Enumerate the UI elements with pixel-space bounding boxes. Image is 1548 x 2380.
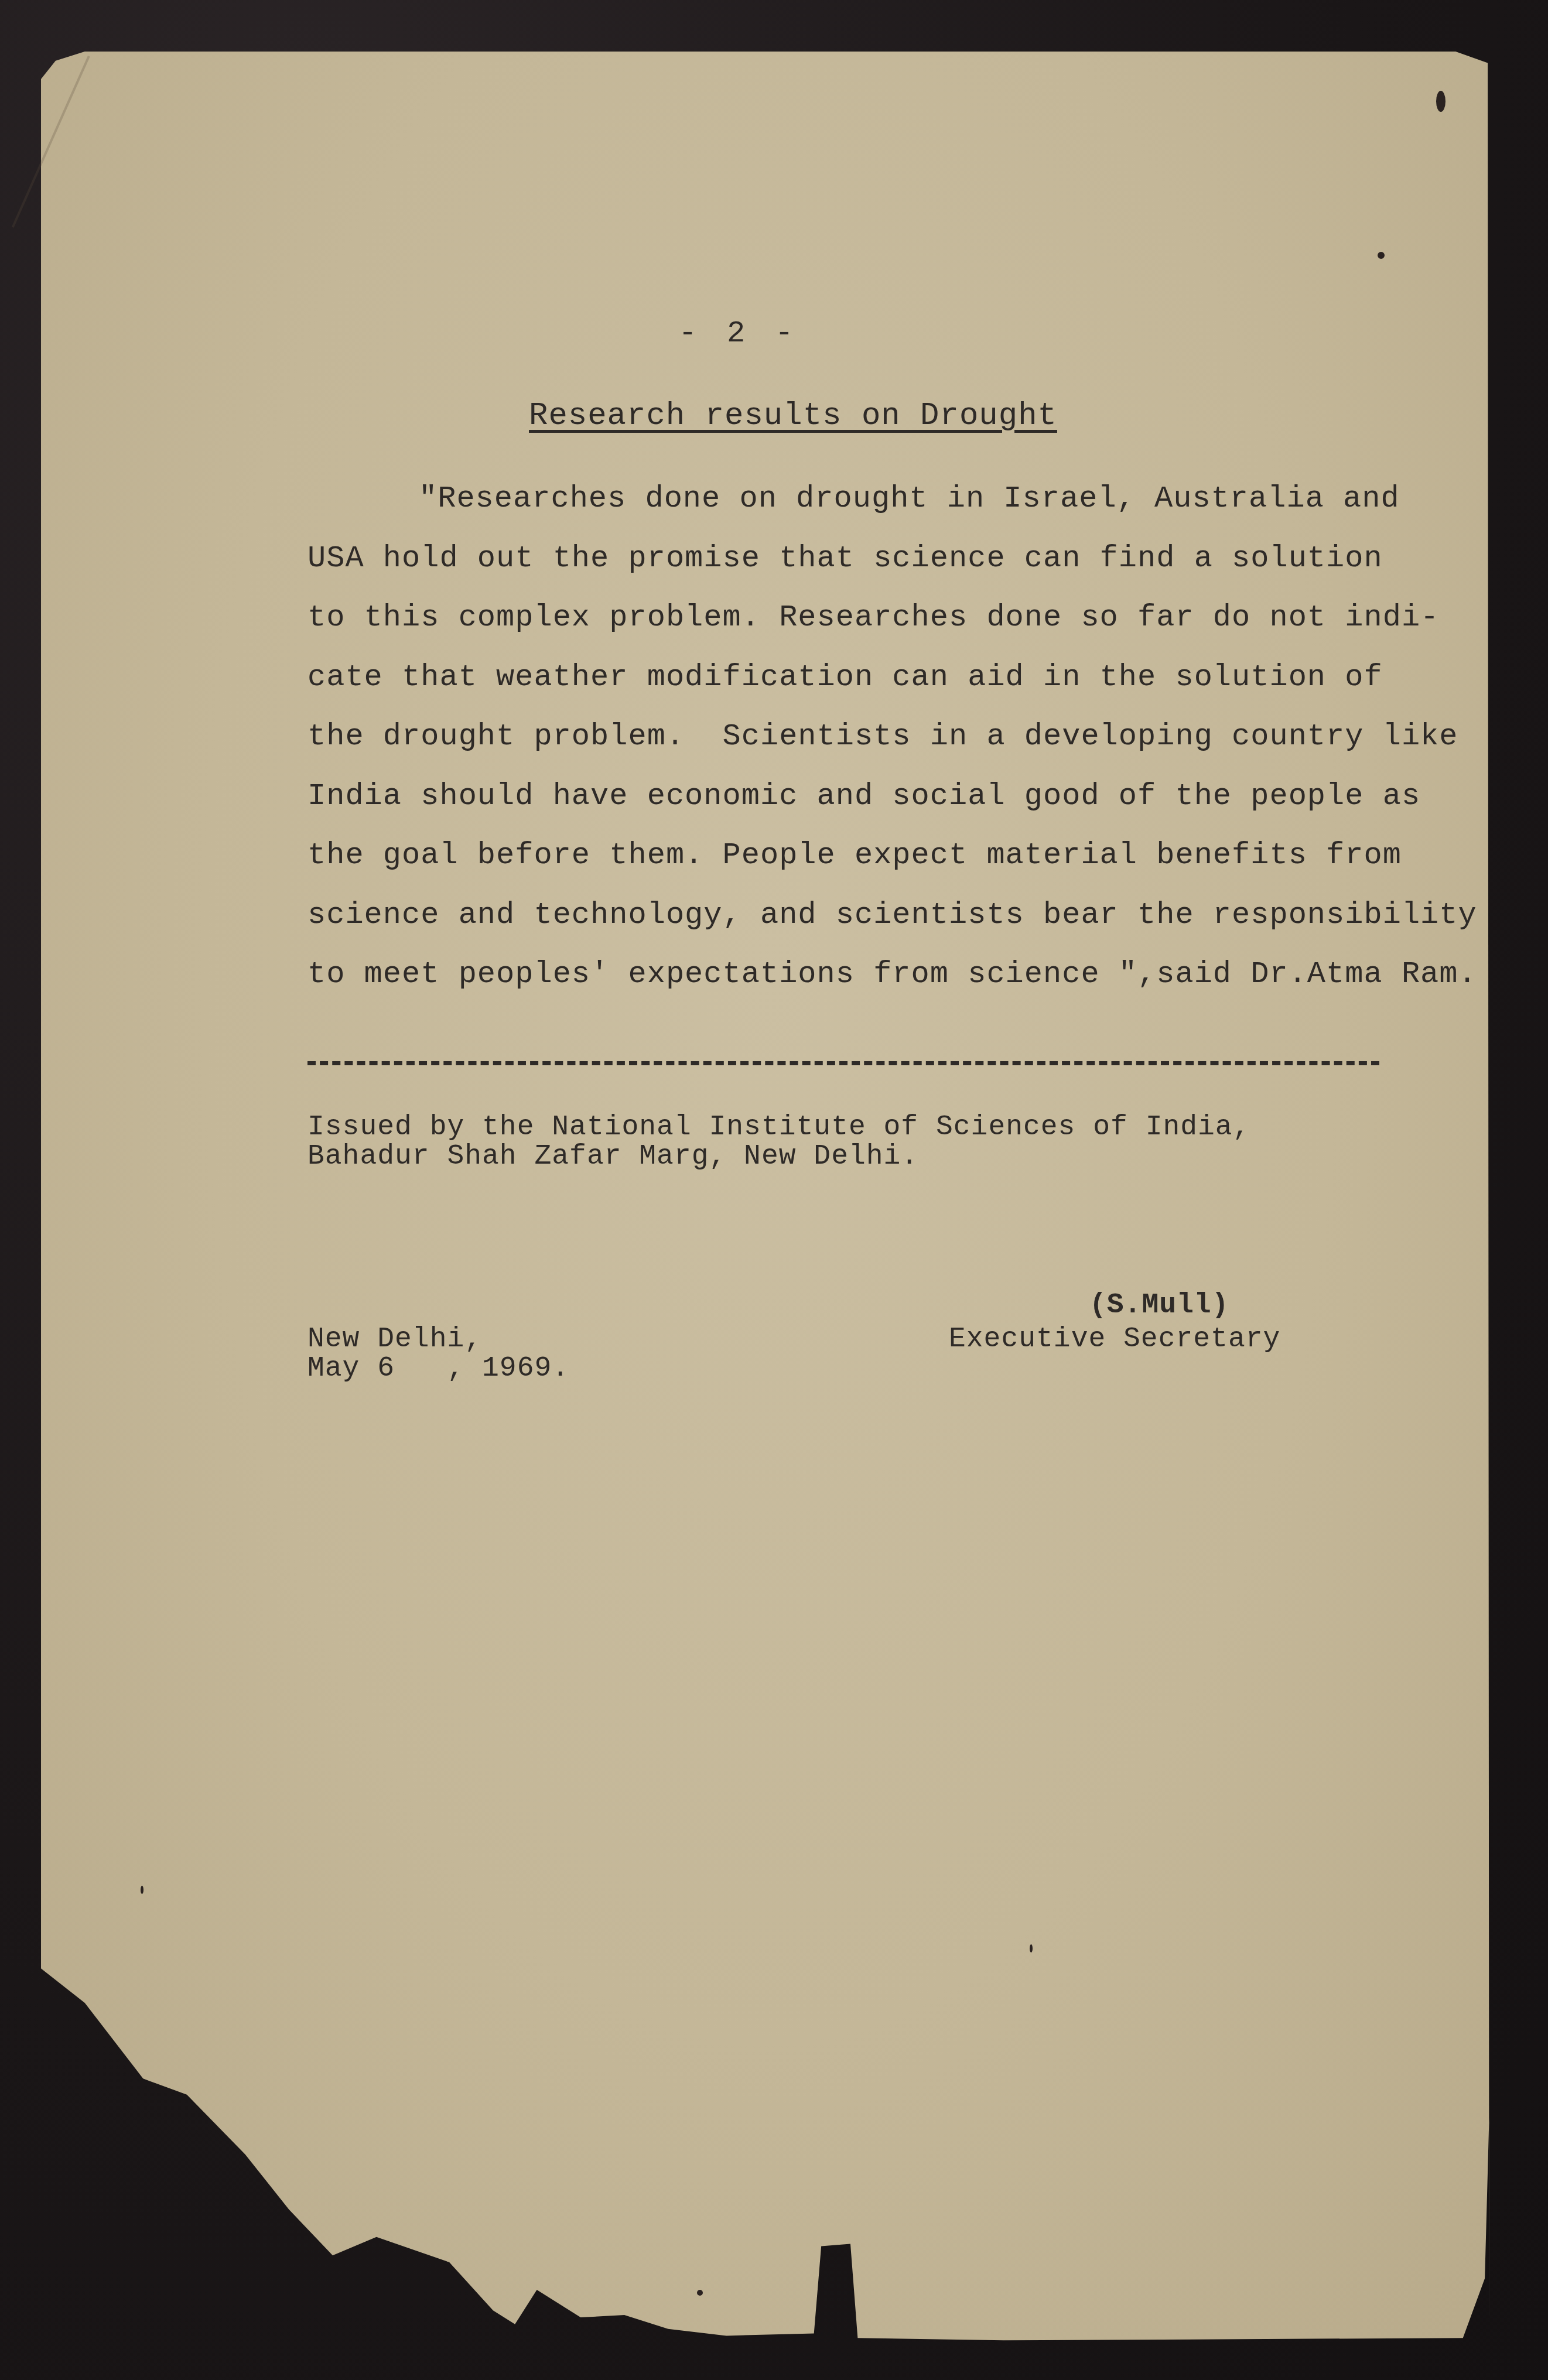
ink-spot bbox=[1436, 91, 1446, 112]
signatory-title: Executive Secretary bbox=[949, 1322, 1280, 1356]
body-line: USA hold out the promise that science ca… bbox=[307, 541, 1420, 601]
body-line: India should have economic and social go… bbox=[307, 779, 1420, 839]
body-line: "Researches done on drought in Israel, A… bbox=[307, 481, 1420, 541]
issued-by-line1: Issued by the National Institute of Scie… bbox=[307, 1113, 1250, 1142]
signatory-name: (S.Mull) bbox=[949, 1288, 1280, 1322]
ink-spot bbox=[1030, 1944, 1033, 1952]
body-line: science and technology, and scientists b… bbox=[307, 898, 1420, 958]
body-line: to meet peoples' expectations from scien… bbox=[307, 957, 1420, 1017]
date: May 6 , 1969. bbox=[307, 1354, 569, 1383]
body-line: the drought problem. Scientists in a dev… bbox=[307, 719, 1420, 779]
body-line: cate that weather modification can aid i… bbox=[307, 660, 1420, 720]
ink-spot bbox=[1378, 252, 1385, 259]
signature-block: (S.Mull) Executive Secretary bbox=[949, 1288, 1280, 1356]
document-title: Research results on Drought bbox=[529, 398, 1057, 434]
dashed-divider bbox=[307, 1061, 1379, 1065]
body-text: "Researches done on drought in Israel, A… bbox=[307, 481, 1420, 1017]
body-line: the goal before them. People expect mate… bbox=[307, 838, 1420, 898]
place-date-block: New Delhi, May 6 , 1969. bbox=[307, 1325, 569, 1383]
paper-sheet bbox=[41, 52, 1499, 2347]
place: New Delhi, bbox=[307, 1325, 569, 1354]
page-number: - 2 - bbox=[0, 316, 1513, 351]
issued-by-line2: Bahadur Shah Zafar Marg, New Delhi. bbox=[307, 1142, 1250, 1171]
body-line: to this complex problem. Researches done… bbox=[307, 600, 1420, 660]
ink-spot bbox=[141, 1886, 143, 1894]
issued-by-block: Issued by the National Institute of Scie… bbox=[307, 1113, 1250, 1171]
ink-spot bbox=[697, 2290, 703, 2296]
